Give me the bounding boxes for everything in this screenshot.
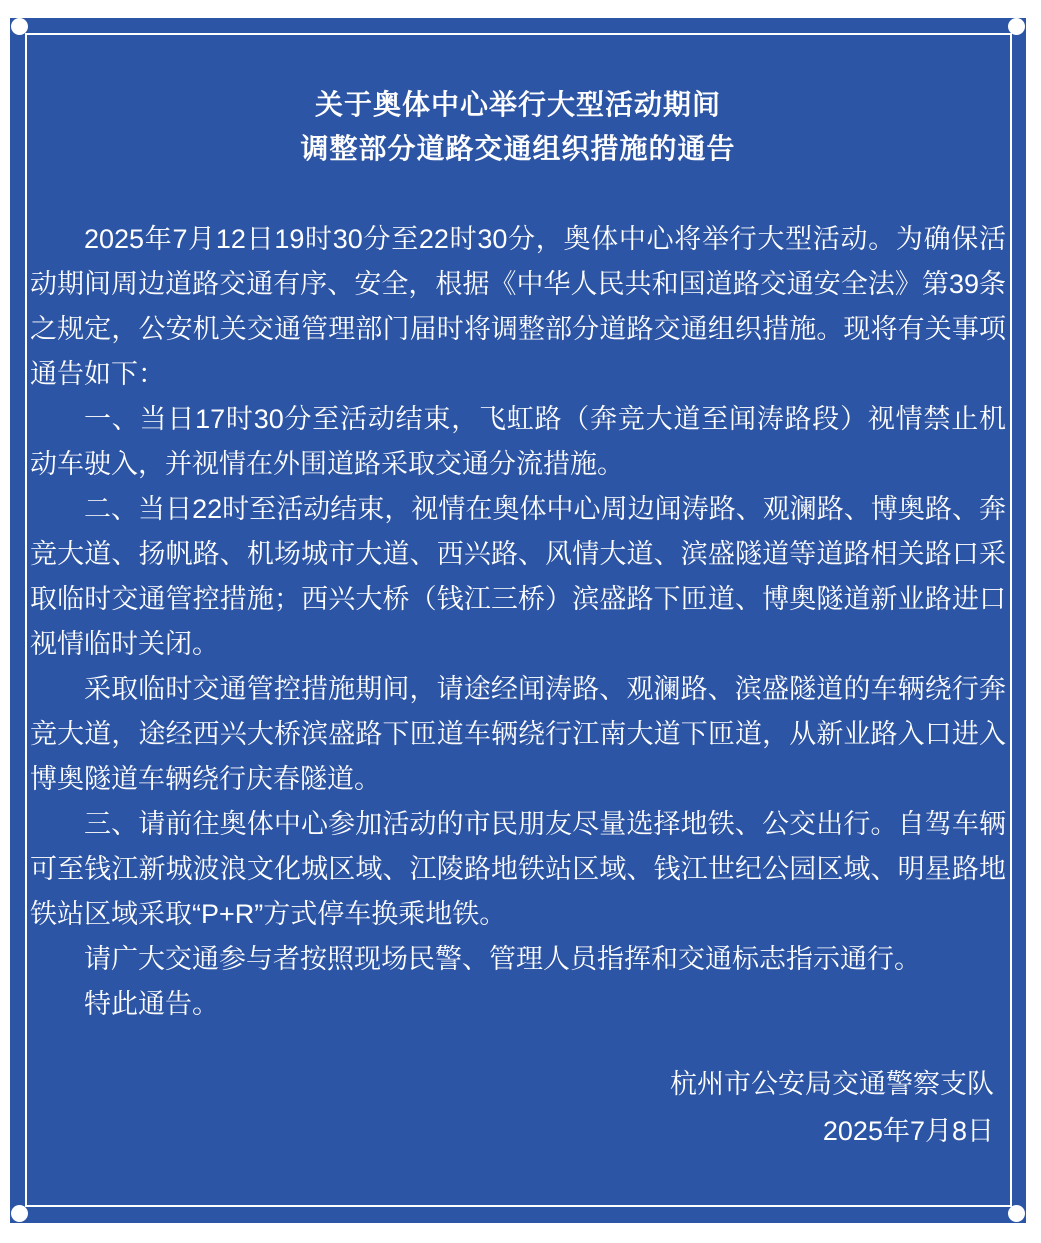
issuing-authority: 杭州市公安局交通警察支队: [30, 1061, 994, 1108]
issue-date: 2025年7月8日: [30, 1108, 994, 1155]
notice-paragraph-detour: 采取临时交通管控措施期间，请途经闻涛路、观澜路、滨盛隧道的车辆绕行奔竞大道，途经…: [30, 667, 1006, 802]
corner-dot-bottom-left: [11, 1205, 28, 1222]
corner-dot-bottom-right: [1008, 1205, 1025, 1222]
notice-content: 关于奥体中心举行大型活动期间 调整部分道路交通组织措施的通告 2025年7月12…: [30, 35, 1006, 1155]
notice-title-line-1: 关于奥体中心举行大型活动期间: [30, 83, 1006, 127]
notice-paragraph-item-1: 一、当日17时30分至活动结束，飞虹路（奔竞大道至闻涛路段）视情禁止机动车驶入，…: [30, 397, 1006, 487]
corner-dot-top-left: [11, 18, 28, 35]
notice-panel: 关于奥体中心举行大型活动期间 调整部分道路交通组织措施的通告 2025年7月12…: [10, 18, 1026, 1223]
notice-paragraph-item-2: 二、当日22时至活动结束，视情在奥体中心周边闻涛路、观澜路、博奥路、奔竞大道、扬…: [30, 487, 1006, 667]
corner-dot-top-right: [1008, 18, 1025, 35]
notice-paragraph-closing: 特此通告。: [30, 982, 1006, 1027]
notice-paragraph-item-3: 三、请前往奥体中心参加活动的市民朋友尽量选择地铁、公交出行。自驾车辆可至钱江新城…: [30, 802, 1006, 937]
notice-paragraph-intro: 2025年7月12日19时30分至22时30分，奥体中心将举行大型活动。为确保活…: [30, 217, 1006, 397]
notice-page: 关于奥体中心举行大型活动期间 调整部分道路交通组织措施的通告 2025年7月12…: [0, 0, 1041, 1243]
notice-title: 关于奥体中心举行大型活动期间 调整部分道路交通组织措施的通告: [30, 83, 1006, 171]
notice-title-line-2: 调整部分道路交通组织措施的通告: [30, 127, 1006, 171]
signature-block: 杭州市公安局交通警察支队 2025年7月8日: [30, 1061, 1006, 1155]
notice-body: 2025年7月12日19时30分至22时30分，奥体中心将举行大型活动。为确保活…: [30, 217, 1006, 1027]
notice-paragraph-advice: 请广大交通参与者按照现场民警、管理人员指挥和交通标志指示通行。: [30, 937, 1006, 982]
